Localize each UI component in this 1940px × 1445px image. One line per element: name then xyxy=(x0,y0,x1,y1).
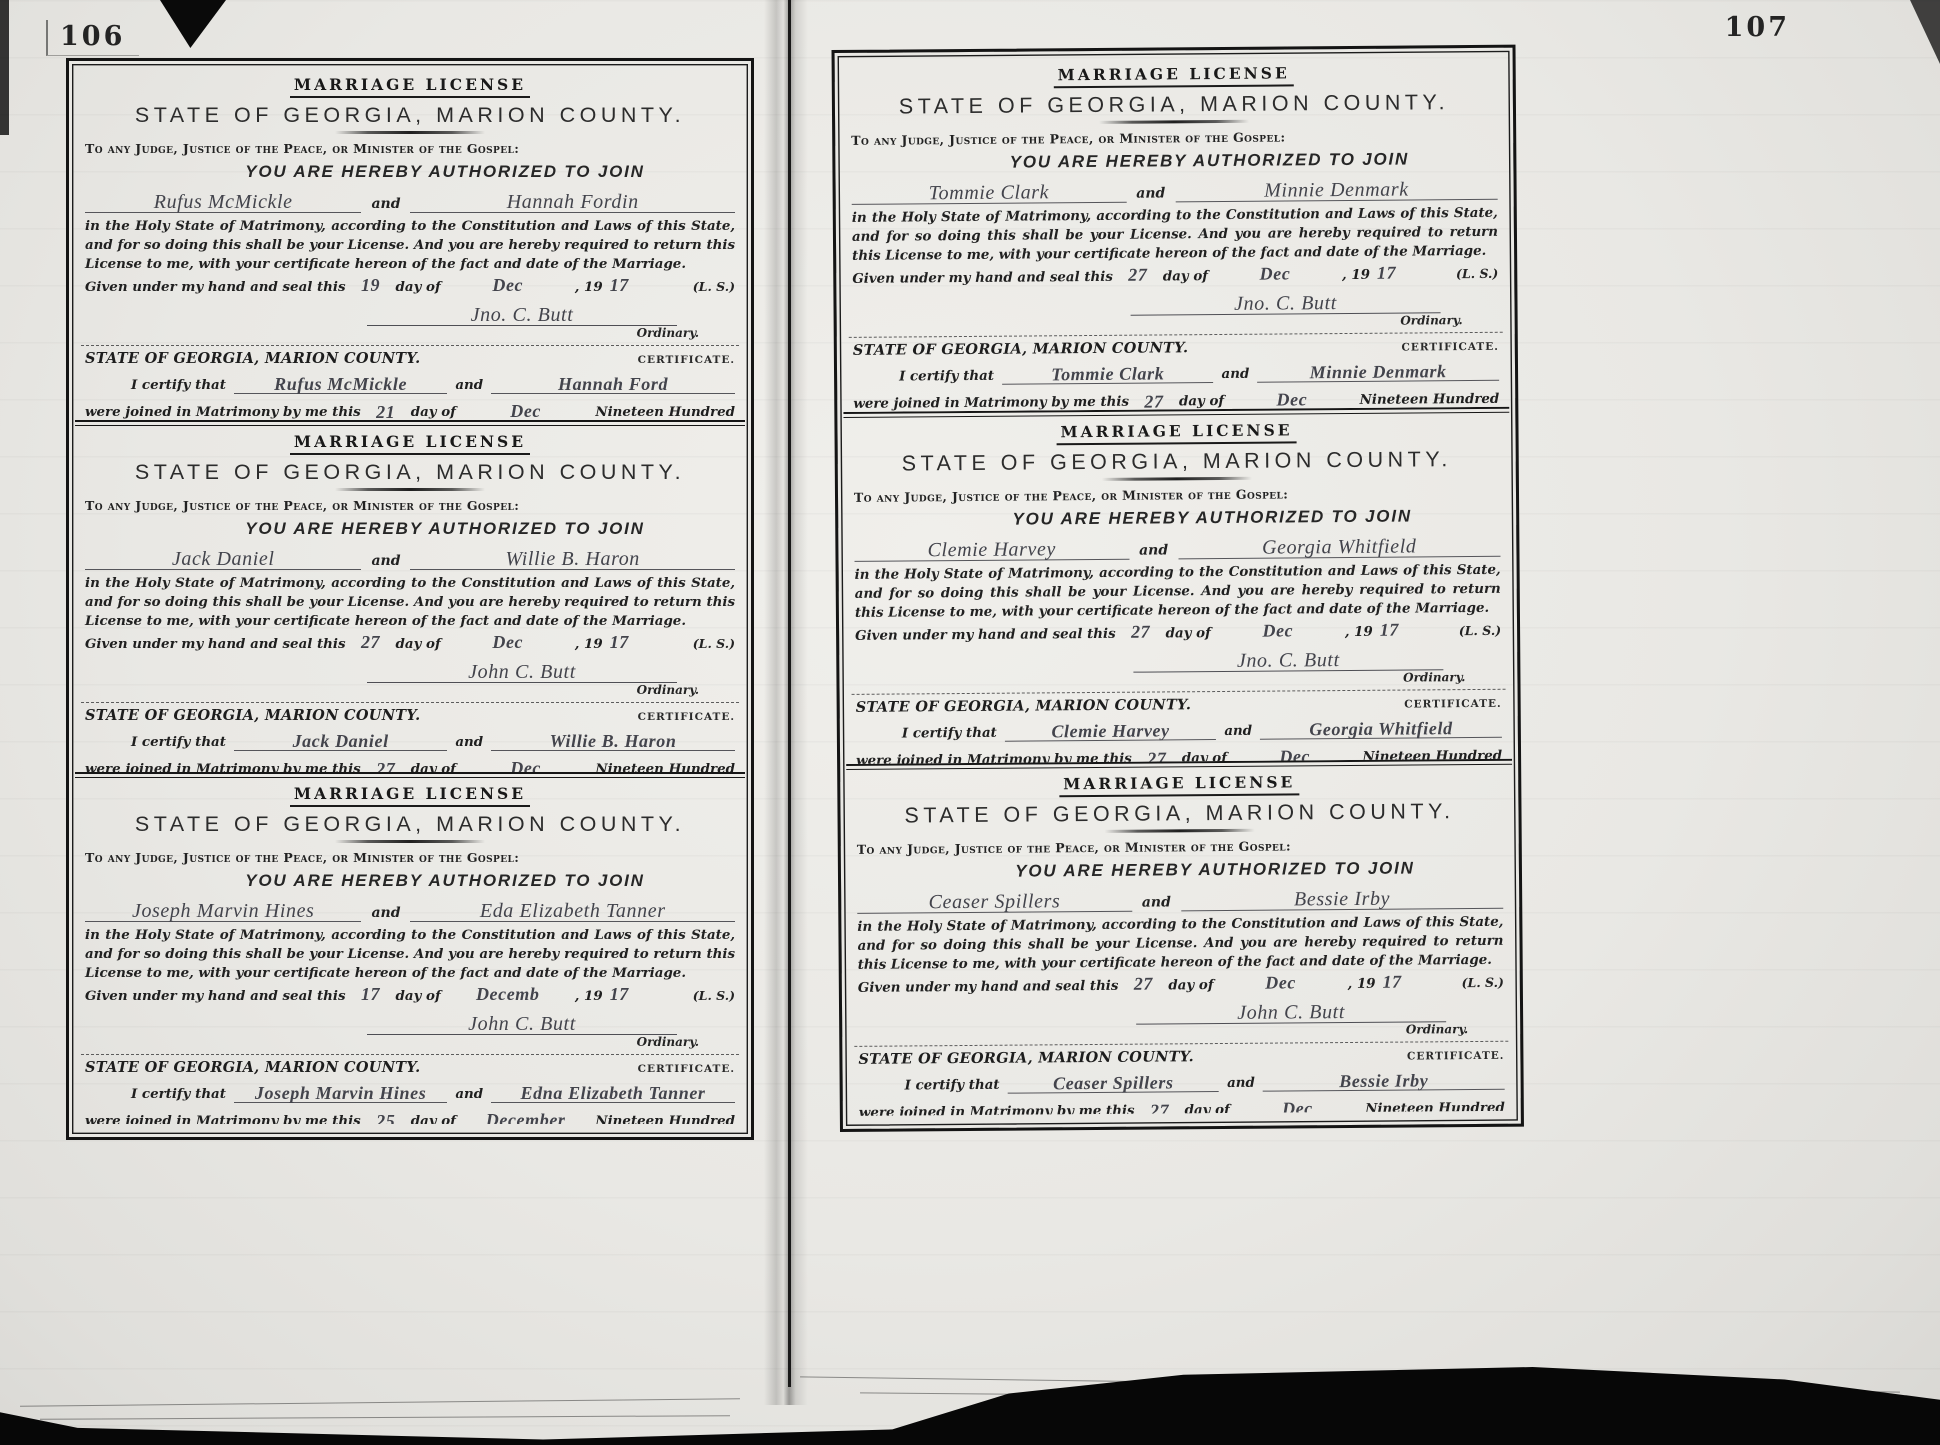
authorization-heading: YOU ARE HEREBY AUTHORIZED TO JOIN xyxy=(927,857,1503,883)
certificate-header-row: STATE OF GEORGIA, MARION COUNTY. CERTIFI… xyxy=(85,1059,735,1076)
state-county-heading: STATE OF GEORGIA, MARION COUNTY. xyxy=(851,88,1497,120)
signature-line: John C. Butt xyxy=(367,1014,677,1035)
page-number-right: 107 xyxy=(1725,14,1790,41)
salutation-line: To any Judge, Justice of the Peace, or M… xyxy=(854,485,1500,506)
day-of-label: day of xyxy=(396,634,441,654)
joined-prefix-label: were joined in Matrimony by me this xyxy=(85,403,361,420)
given-under-hand-row: Given under my hand and seal this 17 day… xyxy=(85,985,735,1006)
given-month-handwriting: Dec xyxy=(1221,973,1341,992)
joined-day-handwriting: 27 xyxy=(369,760,403,772)
nineteen-hundred-label: Nineteen Hundred xyxy=(1365,1099,1505,1116)
certificate-header-row: STATE OF GEORGIA, MARION COUNTY. CERTIFI… xyxy=(858,1046,1504,1068)
form-title-row: MARRIAGE LICENSE xyxy=(85,784,735,807)
given-prefix-label: Given under my hand and seal this xyxy=(852,267,1113,289)
license-names-row: Clemie Harvey and Georgia Whitfield xyxy=(854,530,1500,562)
joined-in-matrimony-row: were joined in Matrimony by me this 27 d… xyxy=(859,1095,1505,1116)
joined-day-handwriting: 27 xyxy=(1142,1101,1176,1116)
certificate-header-row: STATE OF GEORGIA, MARION COUNTY. CERTIFI… xyxy=(85,707,735,724)
book-gutter-shading xyxy=(764,0,808,1405)
signature-line: John C. Butt xyxy=(367,662,677,683)
ordinary-signature-handwriting: Jno. C. Butt xyxy=(1237,649,1340,672)
license-names-row: Rufus McMickle and Hannah Fordin xyxy=(85,186,735,213)
day-of-label: day of xyxy=(1184,1101,1229,1116)
joined-prefix-label: were joined in Matrimony by me this xyxy=(85,1112,361,1124)
certificate-state-heading: STATE OF GEORGIA, MARION COUNTY. xyxy=(85,707,420,724)
day-of-label: day of xyxy=(411,1112,456,1124)
state-county-heading: STATE OF GEORGIA, MARION COUNTY. xyxy=(856,797,1502,829)
certify-names-row: I certify that Jack Daniel and Willie B.… xyxy=(85,729,735,751)
decorative-divider xyxy=(1099,120,1249,124)
joined-day-handwriting: 21 xyxy=(369,403,403,420)
given-month-handwriting: Dec xyxy=(1218,621,1338,640)
nineteen-hundred-label: Nineteen Hundred xyxy=(595,403,735,420)
certify-names-row: I certify that Ceaser Spillers and Bessi… xyxy=(859,1068,1505,1095)
license-body-text: in the Holy State of Matrimony, accordin… xyxy=(852,204,1498,266)
certificate-separator-rule xyxy=(81,345,739,346)
state-county-heading: STATE OF GEORGIA, MARION COUNTY. xyxy=(85,811,735,838)
joined-month-handwriting: Dec xyxy=(1232,390,1352,410)
certificate-groom-handwriting: Jack Daniel xyxy=(234,732,447,751)
page-number-left: 106 xyxy=(46,20,139,56)
certify-prefix-label: I certify that xyxy=(131,1085,226,1103)
joined-in-matrimony-row: were joined in Matrimony by me this 25 d… xyxy=(85,1108,735,1124)
license-names-row: Jack Daniel and Willie B. Haron xyxy=(85,543,735,570)
bride-name-handwriting: Hannah Fordin xyxy=(410,192,735,213)
given-year-handwriting: 17 xyxy=(610,276,636,294)
locus-sigilli-label: (L. S.) xyxy=(693,990,735,1003)
state-county-heading: STATE OF GEORGIA, MARION COUNTY. xyxy=(85,102,735,129)
given-under-hand-row: Given under my hand and seal this 19 day… xyxy=(85,276,735,297)
certificate-bride-handwriting: Minnie Denmark xyxy=(1257,362,1499,383)
decorative-divider xyxy=(1105,829,1255,833)
certificate-label: CERTIFICATE. xyxy=(1404,699,1501,710)
given-prefix-label: Given under my hand and seal this xyxy=(85,277,346,297)
salutation-line: To any Judge, Justice of the Peace, or M… xyxy=(85,141,735,157)
decorative-divider xyxy=(335,840,485,843)
bride-name-handwriting: Willie B. Haron xyxy=(410,549,735,570)
certificate-bride-handwriting: Willie B. Haron xyxy=(491,732,735,751)
ordinary-signature-handwriting: John C. Butt xyxy=(1237,1001,1345,1024)
left-page-license-box: MARRIAGE LICENSE STATE OF GEORGIA, MARIO… xyxy=(66,58,754,1140)
joined-prefix-label: were joined in Matrimony by me this xyxy=(859,1102,1135,1116)
given-month-handwriting: Decemb xyxy=(448,985,568,1003)
ordinary-signature-row: Jno. C. Butt xyxy=(85,303,735,326)
form-title: MARRIAGE LICENSE xyxy=(1056,421,1296,444)
given-year-handwriting: 17 xyxy=(1377,264,1403,282)
authorization-heading: YOU ARE HEREBY AUTHORIZED TO JOIN xyxy=(155,518,735,539)
certificate-label: CERTIFICATE. xyxy=(638,355,735,366)
year-19-label: , 19 xyxy=(575,634,603,654)
and-label: and xyxy=(455,1085,483,1103)
given-day-handwriting: 27 xyxy=(1120,265,1156,283)
given-day-handwriting: 27 xyxy=(1123,622,1159,640)
certificate-state-heading: STATE OF GEORGIA, MARION COUNTY. xyxy=(85,1059,420,1076)
locus-sigilli-label: (L. S.) xyxy=(1462,977,1504,990)
and-label: and xyxy=(1221,365,1249,383)
day-of-label: day of xyxy=(1179,392,1224,410)
certify-names-row: I certify that Rufus McMickle and Hannah… xyxy=(85,372,735,394)
signature-line: Jno. C. Butt xyxy=(1133,649,1443,672)
given-day-handwriting: 19 xyxy=(353,276,389,294)
day-of-label: day of xyxy=(1166,623,1211,643)
license-names-row: Joseph Marvin Hines and Eda Elizabeth Ta… xyxy=(85,895,735,922)
joined-month-handwriting: Dec xyxy=(464,402,587,420)
form-title: MARRIAGE LICENSE xyxy=(290,76,530,98)
given-month-handwriting: Dec xyxy=(448,633,568,651)
certificate-header-row: STATE OF GEORGIA, MARION COUNTY. CERTIFI… xyxy=(85,350,735,367)
ordinary-signature-handwriting: Jno. C. Butt xyxy=(1234,292,1337,315)
certify-prefix-label: I certify that xyxy=(905,1076,1000,1095)
authorization-heading: YOU ARE HEREBY AUTHORIZED TO JOIN xyxy=(921,148,1497,174)
certify-names-row: I certify that Clemie Harvey and Georgia… xyxy=(856,716,1502,743)
form-title-row: MARRIAGE LICENSE xyxy=(856,771,1502,799)
signature-line: Jno. C. Butt xyxy=(1130,292,1440,315)
given-under-hand-row: Given under my hand and seal this 27 day… xyxy=(855,620,1501,646)
year-19-label: , 19 xyxy=(1342,265,1370,285)
signature-line: John C. Butt xyxy=(1136,1001,1446,1024)
salutation-line: To any Judge, Justice of the Peace, or M… xyxy=(85,498,735,514)
form-title: MARRIAGE LICENSE xyxy=(1059,773,1299,796)
locus-sigilli-label: (L. S.) xyxy=(693,281,735,294)
given-day-handwriting: 17 xyxy=(353,985,389,1003)
groom-name-handwriting: Tommie Clark xyxy=(852,182,1127,205)
certificate-separator-rule xyxy=(81,1054,739,1055)
given-day-handwriting: 27 xyxy=(1125,974,1161,992)
license-body-text: in the Holy State of Matrimony, accordin… xyxy=(85,574,735,631)
locus-sigilli-label: (L. S.) xyxy=(1459,625,1501,638)
certificate-label: CERTIFICATE. xyxy=(638,1064,735,1075)
book-gutter-line xyxy=(788,0,791,1387)
day-of-label: day of xyxy=(396,986,441,1006)
form-title: MARRIAGE LICENSE xyxy=(290,785,530,807)
license-body-text: in the Holy State of Matrimony, accordin… xyxy=(85,217,735,274)
decorative-divider xyxy=(335,488,485,491)
given-year-handwriting: 17 xyxy=(1382,972,1408,990)
authorization-heading: YOU ARE HEREBY AUTHORIZED TO JOIN xyxy=(924,505,1500,531)
ordinary-title-label: Ordinary. xyxy=(85,683,735,698)
groom-name-handwriting: Jack Daniel xyxy=(85,549,361,570)
decorative-divider xyxy=(1102,477,1252,481)
and-label: and xyxy=(455,376,483,394)
authorization-heading: YOU ARE HEREBY AUTHORIZED TO JOIN xyxy=(155,161,735,182)
nineteen-hundred-label: Nineteen Hundred xyxy=(595,760,735,772)
and-label: and xyxy=(455,733,483,751)
day-of-label: day of xyxy=(396,277,441,297)
and-label: and xyxy=(1227,1074,1255,1092)
certificate-section: STATE OF GEORGIA, MARION COUNTY. CERTIFI… xyxy=(856,694,1503,764)
joined-month-handwriting: Dec xyxy=(464,759,587,772)
certificate-bride-handwriting: Edna Elizabeth Tanner xyxy=(491,1084,735,1103)
form-title-row: MARRIAGE LICENSE xyxy=(851,62,1497,90)
marriage-license-form: MARRIAGE LICENSE STATE OF GEORGIA, MARIO… xyxy=(75,772,745,1124)
certificate-groom-handwriting: Ceaser Spillers xyxy=(1007,1073,1219,1094)
state-county-heading: STATE OF GEORGIA, MARION COUNTY. xyxy=(854,445,1500,477)
form-title: MARRIAGE LICENSE xyxy=(1054,64,1294,87)
groom-name-handwriting: Ceaser Spillers xyxy=(857,891,1132,914)
certificate-header-row: STATE OF GEORGIA, MARION COUNTY. CERTIFI… xyxy=(856,694,1502,716)
given-prefix-label: Given under my hand and seal this xyxy=(85,634,346,654)
decorative-divider xyxy=(335,131,485,134)
certify-prefix-label: I certify that xyxy=(899,367,994,386)
given-under-hand-row: Given under my hand and seal this 27 day… xyxy=(852,263,1498,289)
certify-prefix-label: I certify that xyxy=(131,376,226,394)
groom-name-handwriting: Rufus McMickle xyxy=(85,192,361,213)
ordinary-title-label: Ordinary. xyxy=(85,1035,735,1050)
certificate-groom-handwriting: Clemie Harvey xyxy=(1005,721,1217,742)
salutation-line: To any Judge, Justice of the Peace, or M… xyxy=(857,837,1503,858)
day-of-label: day of xyxy=(411,403,456,420)
and-label: and xyxy=(1136,186,1165,202)
certificate-bride-handwriting: Georgia Whitfield xyxy=(1260,719,1502,740)
year-19-label: , 19 xyxy=(575,277,603,297)
and-label: and xyxy=(1142,895,1171,911)
certify-prefix-label: I certify that xyxy=(131,733,226,751)
and-label: and xyxy=(371,197,400,213)
form-title-row: MARRIAGE LICENSE xyxy=(85,432,735,455)
license-body-text: in the Holy State of Matrimony, accordin… xyxy=(85,926,735,983)
certificate-groom-handwriting: Joseph Marvin Hines xyxy=(234,1084,447,1103)
certificate-state-heading: STATE OF GEORGIA, MARION COUNTY. xyxy=(856,696,1192,716)
given-under-hand-row: Given under my hand and seal this 27 day… xyxy=(85,633,735,654)
ordinary-signature-row: John C. Butt xyxy=(85,660,735,683)
given-under-hand-row: Given under my hand and seal this 27 day… xyxy=(858,972,1504,998)
marriage-license-form: MARRIAGE LICENSE STATE OF GEORGIA, MARIO… xyxy=(75,68,745,420)
form-title-row: MARRIAGE LICENSE xyxy=(853,419,1499,447)
nineteen-hundred-label: Nineteen Hundred xyxy=(595,1112,735,1124)
ordinary-signature-handwriting: John C. Butt xyxy=(468,1013,576,1035)
state-county-heading: STATE OF GEORGIA, MARION COUNTY. xyxy=(85,459,735,486)
joined-day-handwriting: 25 xyxy=(369,1112,403,1124)
and-label: and xyxy=(371,906,400,922)
joined-in-matrimony-row: were joined in Matrimony by me this 21 d… xyxy=(85,399,735,420)
authorization-heading: YOU ARE HEREBY AUTHORIZED TO JOIN xyxy=(155,870,735,891)
given-prefix-label: Given under my hand and seal this xyxy=(855,624,1116,646)
given-prefix-label: Given under my hand and seal this xyxy=(85,986,346,1006)
day-of-label: day of xyxy=(1163,266,1208,286)
joined-in-matrimony-row: were joined in Matrimony by me this 27 d… xyxy=(85,756,735,772)
license-names-row: Ceaser Spillers and Bessie Irby xyxy=(857,882,1503,914)
certificate-groom-handwriting: Tommie Clark xyxy=(1002,364,1214,385)
certificate-label: CERTIFICATE. xyxy=(1407,1051,1504,1062)
certificate-section: STATE OF GEORGIA, MARION COUNTY. CERTIFI… xyxy=(85,350,735,420)
certificate-section: STATE OF GEORGIA, MARION COUNTY. CERTIFI… xyxy=(85,707,735,772)
groom-name-handwriting: Clemie Harvey xyxy=(854,539,1129,562)
day-of-label: day of xyxy=(1168,975,1213,995)
bride-name-handwriting: Minnie Denmark xyxy=(1175,179,1498,203)
certificate-separator-rule xyxy=(81,702,739,703)
certificate-header-row: STATE OF GEORGIA, MARION COUNTY. CERTIFI… xyxy=(853,337,1499,359)
bride-name-handwriting: Eda Elizabeth Tanner xyxy=(410,901,735,922)
year-19-label: , 19 xyxy=(1348,974,1376,994)
groom-name-handwriting: Joseph Marvin Hines xyxy=(85,901,361,922)
and-label: and xyxy=(371,554,400,570)
ordinary-signature-handwriting: John C. Butt xyxy=(468,661,576,683)
and-label: and xyxy=(1139,543,1168,559)
form-title: MARRIAGE LICENSE xyxy=(290,433,530,455)
locus-sigilli-label: (L. S.) xyxy=(693,638,735,651)
certificate-bride-handwriting: Bessie Irby xyxy=(1263,1071,1505,1092)
and-label: and xyxy=(1224,722,1252,740)
form-title-row: MARRIAGE LICENSE xyxy=(85,75,735,98)
license-names-row: Tommie Clark and Minnie Denmark xyxy=(852,173,1498,205)
certificate-section: STATE OF GEORGIA, MARION COUNTY. CERTIFI… xyxy=(858,1046,1505,1116)
certificate-bride-handwriting: Hannah Ford xyxy=(491,375,735,394)
given-year-handwriting: 17 xyxy=(610,633,636,651)
ordinary-title-label: Ordinary. xyxy=(85,326,735,341)
bride-name-handwriting: Georgia Whitfield xyxy=(1178,536,1501,560)
locus-sigilli-label: (L. S.) xyxy=(1456,268,1498,281)
certificate-state-heading: STATE OF GEORGIA, MARION COUNTY. xyxy=(853,339,1189,359)
certificate-state-heading: STATE OF GEORGIA, MARION COUNTY. xyxy=(85,350,420,367)
certify-prefix-label: I certify that xyxy=(902,724,997,743)
signature-line: Jno. C. Butt xyxy=(367,305,677,326)
marriage-license-form: MARRIAGE LICENSE STATE OF GEORGIA, MARIO… xyxy=(75,420,745,772)
certify-names-row: I certify that Tommie Clark and Minnie D… xyxy=(853,359,1499,386)
marriage-license-form: MARRIAGE LICENSE STATE OF GEORGIA, MARIO… xyxy=(841,55,1510,412)
joined-prefix-label: were joined in Matrimony by me this xyxy=(85,760,361,772)
given-prefix-label: Given under my hand and seal this xyxy=(858,976,1119,998)
joined-month-handwriting: December xyxy=(464,1111,587,1124)
year-19-label: , 19 xyxy=(1345,622,1373,642)
joined-day-handwriting: 27 xyxy=(1137,392,1171,410)
salutation-line: To any Judge, Justice of the Peace, or M… xyxy=(851,128,1497,149)
certificate-section: STATE OF GEORGIA, MARION COUNTY. CERTIFI… xyxy=(853,337,1500,412)
joined-month-handwriting: Dec xyxy=(1238,1099,1358,1116)
salutation-line: To any Judge, Justice of the Peace, or M… xyxy=(85,850,735,866)
certificate-groom-handwriting: Rufus McMickle xyxy=(234,375,447,394)
certificate-section: STATE OF GEORGIA, MARION COUNTY. CERTIFI… xyxy=(85,1059,735,1124)
given-month-handwriting: Dec xyxy=(1215,264,1335,283)
license-body-text: in the Holy State of Matrimony, accordin… xyxy=(857,913,1503,975)
right-page-license-box: MARRIAGE LICENSE STATE OF GEORGIA, MARIO… xyxy=(832,45,1524,1132)
given-month-handwriting: Dec xyxy=(448,276,568,294)
certificate-label: CERTIFICATE. xyxy=(1401,342,1498,353)
certificate-label: CERTIFICATE. xyxy=(638,712,735,723)
ordinary-signature-handwriting: Jno. C. Butt xyxy=(471,304,574,326)
year-19-label: , 19 xyxy=(575,986,603,1006)
marriage-license-form: MARRIAGE LICENSE STATE OF GEORGIA, MARIO… xyxy=(846,759,1515,1116)
left-edge-shadow xyxy=(0,0,9,135)
certificate-state-heading: STATE OF GEORGIA, MARION COUNTY. xyxy=(858,1048,1194,1068)
certify-names-row: I certify that Joseph Marvin Hines and E… xyxy=(85,1081,735,1103)
day-of-label: day of xyxy=(411,760,456,772)
given-year-handwriting: 17 xyxy=(610,985,636,1003)
ordinary-signature-row: John C. Butt xyxy=(85,1012,735,1035)
given-year-handwriting: 17 xyxy=(1380,621,1406,639)
license-body-text: in the Holy State of Matrimony, accordin… xyxy=(855,561,1501,623)
marriage-license-form: MARRIAGE LICENSE STATE OF GEORGIA, MARIO… xyxy=(843,407,1512,764)
bride-name-handwriting: Bessie Irby xyxy=(1181,888,1504,912)
given-day-handwriting: 27 xyxy=(353,633,389,651)
